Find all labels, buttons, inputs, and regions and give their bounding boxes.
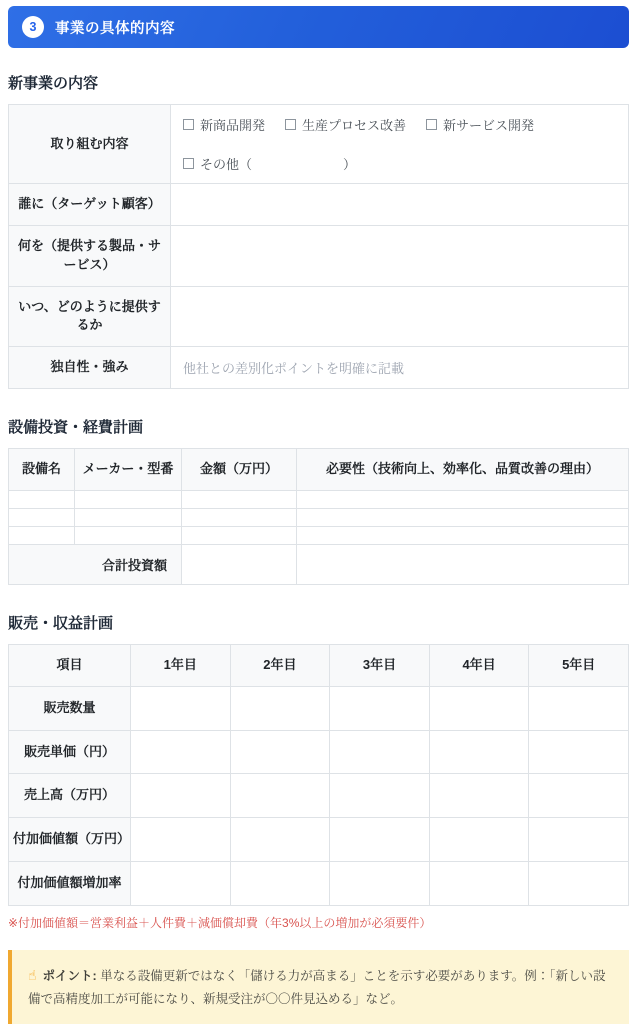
column-header: 3年目	[330, 644, 430, 686]
checkbox-label: 新商品開発	[200, 115, 265, 134]
row-label: 売上高（万円）	[9, 774, 131, 818]
equipment-table: 設備名 メーカー・型番 金額（万円） 必要性（技術向上、効率化、品質改善の理由）	[8, 448, 629, 585]
column-header: 項目	[9, 644, 131, 686]
table-cell	[131, 774, 231, 818]
table-cell	[529, 686, 629, 730]
table-cell	[230, 862, 330, 906]
checkbox-label: 新サービス開発	[443, 115, 534, 134]
table-cell	[182, 490, 297, 508]
table-header-row: 項目 1年目 2年目 3年目 4年目 5年目	[9, 644, 629, 686]
table-cell	[131, 686, 231, 730]
checkbox[interactable]	[285, 119, 296, 130]
table-row: 販売数量	[9, 686, 629, 730]
checkbox-label: 生産プロセス改善	[302, 115, 406, 134]
table-cell	[182, 526, 297, 544]
table-cell	[429, 774, 529, 818]
column-header: 2年目	[230, 644, 330, 686]
table-cell	[330, 818, 430, 862]
table-total-row: 合計投資額	[9, 544, 629, 584]
table-cell	[9, 490, 75, 508]
checkbox[interactable]	[426, 119, 437, 130]
row-label: 独自性・強み	[9, 347, 171, 389]
table-cell	[330, 686, 430, 730]
column-header: 5年目	[529, 644, 629, 686]
table-cell	[429, 686, 529, 730]
heading-equipment: 設備投資・経費計画	[8, 416, 629, 437]
checkbox-label: その他（ ）	[200, 154, 356, 173]
row-label: 付加価値額（万円）	[9, 818, 131, 862]
checkbox[interactable]	[183, 119, 194, 130]
page: 3 事業の具体的内容 新事業の内容 取り組む内容 新商品開発 生産プロセス改善	[0, 0, 637, 1034]
table-row: 独自性・強み 他社との差別化ポイントを明確に記載	[9, 347, 629, 389]
table-cell	[182, 508, 297, 526]
table-cell	[75, 508, 182, 526]
table-cell	[230, 818, 330, 862]
table-cell	[529, 730, 629, 774]
table-row: 売上高（万円）	[9, 774, 629, 818]
table-row: 付加価値額（万円）	[9, 818, 629, 862]
table-row	[9, 490, 629, 508]
table-cell	[9, 508, 75, 526]
row-label: 販売数量	[9, 686, 131, 730]
table-cell	[330, 862, 430, 906]
table-row: 取り組む内容 新商品開発 生産プロセス改善 新サービス開	[9, 105, 629, 184]
table-cell	[330, 774, 430, 818]
added-value-footnote: ※付加価値額＝営業利益＋人件費＋減価償却費（年3%以上の増加が必須要件）	[8, 914, 629, 932]
checkbox-item-process-improvement[interactable]: 生産プロセス改善	[285, 115, 406, 134]
table-cell	[529, 862, 629, 906]
checkbox-item-other[interactable]: その他（ ）	[183, 154, 356, 173]
table-cell	[429, 730, 529, 774]
table-row: 付加価値額増加率	[9, 862, 629, 906]
column-header: 必要性（技術向上、効率化、品質改善の理由）	[297, 449, 629, 491]
table-cell	[429, 862, 529, 906]
table-row: 販売単価（円）	[9, 730, 629, 774]
table-cell	[429, 818, 529, 862]
section-number-badge: 3	[22, 16, 44, 38]
table-cell	[9, 526, 75, 544]
table-cell	[297, 544, 629, 584]
row-label: 誰に（ターゲット顧客）	[9, 184, 171, 226]
table-row	[9, 508, 629, 526]
placeholder-text: 他社との差別化ポイントを明確に記載	[183, 361, 404, 376]
checkbox-group: 新商品開発 生産プロセス改善 新サービス開発 その他（ ）	[183, 115, 616, 173]
table-cell	[230, 686, 330, 730]
table-header-row: 設備名 メーカー・型番 金額（万円） 必要性（技術向上、効率化、品質改善の理由）	[9, 449, 629, 491]
table-cell	[529, 774, 629, 818]
table-cell	[171, 286, 629, 347]
column-header: メーカー・型番	[75, 449, 182, 491]
row-label: 付加価値額増加率	[9, 862, 131, 906]
table-row	[9, 526, 629, 544]
section-title: 事業の具体的内容	[55, 17, 175, 38]
row-label: いつ、どのように提供するか	[9, 286, 171, 347]
section-header: 3 事業の具体的内容	[8, 6, 629, 48]
table-cell	[171, 184, 629, 226]
table-cell	[297, 490, 629, 508]
checkbox-item-new-service[interactable]: 新サービス開発	[426, 115, 534, 134]
table-cell	[330, 730, 430, 774]
table-row: 誰に（ターゲット顧客）	[9, 184, 629, 226]
column-header: 設備名	[9, 449, 75, 491]
total-label: 合計投資額	[9, 544, 182, 584]
table-row: 何を（提供する製品・サービス）	[9, 225, 629, 286]
column-header: 金額（万円）	[182, 449, 297, 491]
table-cell: 他社との差別化ポイントを明確に記載	[171, 347, 629, 389]
table-cell	[75, 526, 182, 544]
tip-label: ポイント:	[43, 969, 97, 983]
row-label: 取り組む内容	[9, 105, 171, 184]
table-cell	[529, 818, 629, 862]
table-cell	[182, 544, 297, 584]
table-cell	[131, 818, 231, 862]
column-header: 4年目	[429, 644, 529, 686]
row-label: 販売単価（円）	[9, 730, 131, 774]
table-cell	[297, 508, 629, 526]
table-cell: 新商品開発 生産プロセス改善 新サービス開発 その他（ ）	[171, 105, 629, 184]
table-cell	[230, 774, 330, 818]
table-cell	[230, 730, 330, 774]
heading-sales: 販売・収益計画	[8, 612, 629, 633]
table-cell	[297, 526, 629, 544]
tip-text: 単なる設備更新ではなく「儲ける力が高まる」ことを示す必要があります。例：「新しい…	[28, 969, 605, 1006]
column-header: 1年目	[131, 644, 231, 686]
row-label: 何を（提供する製品・サービス）	[9, 225, 171, 286]
table-cell	[131, 730, 231, 774]
heading-new-business: 新事業の内容	[8, 72, 629, 93]
tip-callout: ☝ポイント: 単なる設備更新ではなく「儲ける力が高まる」ことを示す必要があります…	[8, 950, 629, 1024]
checkbox[interactable]	[183, 158, 194, 169]
new-business-table: 取り組む内容 新商品開発 生産プロセス改善 新サービス開	[8, 104, 629, 389]
pointing-hand-icon: ☝	[28, 967, 37, 983]
table-row: いつ、どのように提供するか	[9, 286, 629, 347]
checkbox-item-new-product[interactable]: 新商品開発	[183, 115, 265, 134]
table-cell	[75, 490, 182, 508]
sales-table: 項目 1年目 2年目 3年目 4年目 5年目 販売数量 販売単価（円）	[8, 644, 629, 906]
table-cell	[131, 862, 231, 906]
table-cell	[171, 225, 629, 286]
